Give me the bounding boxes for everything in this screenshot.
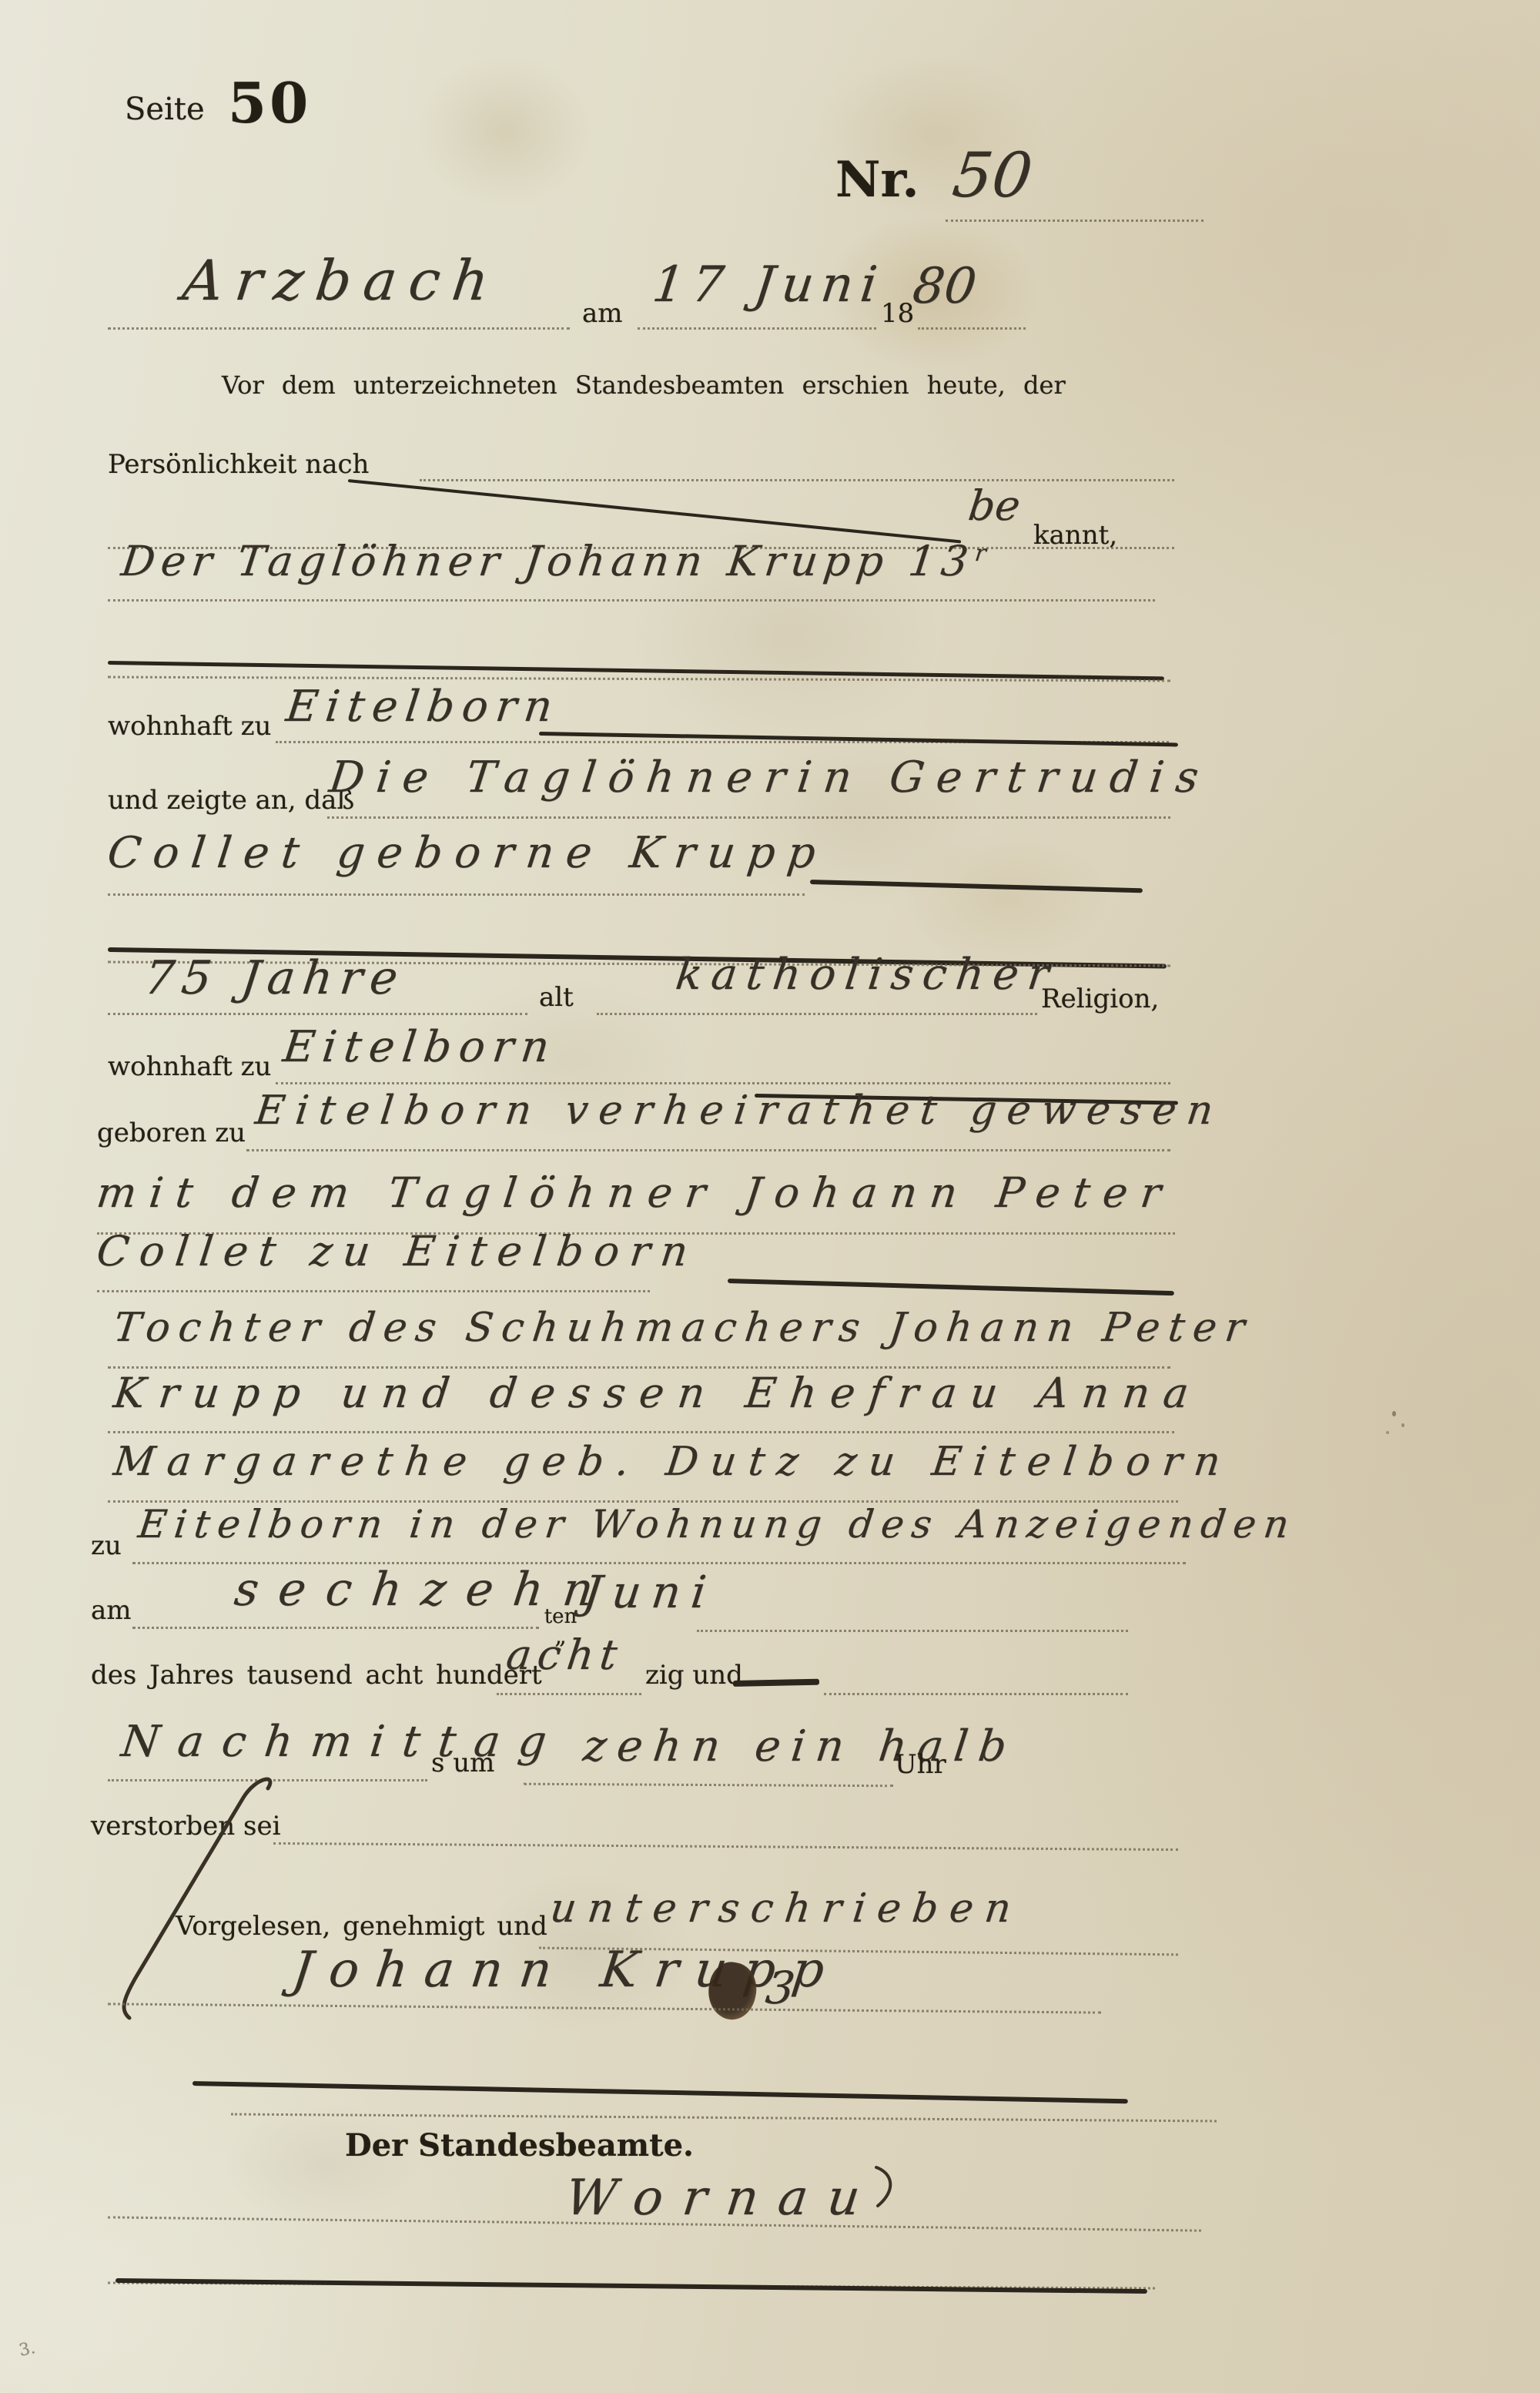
geboren-label: geboren zu (97, 1120, 246, 1146)
time-entry-2: zehn ein halb (581, 1725, 1020, 1768)
religion-label: Religion, (1041, 986, 1159, 1012)
year-words-entry: acht (504, 1634, 626, 1676)
house-number-suffix: r (973, 540, 994, 567)
uhr-label: Uhr (895, 1751, 946, 1778)
am-label: am (582, 300, 623, 327)
spouse-entry-2: Collet zu Eitelborn (95, 1231, 701, 1272)
dotted-line (327, 816, 1170, 819)
dotted-line (597, 1013, 1037, 1015)
residence-entry-2: Eitelborn (281, 1026, 560, 1069)
spouse-entry-1: mit dem Taglöhner Johann Peter (95, 1172, 1177, 1214)
bekannt-label: kannt, (1033, 522, 1117, 548)
dotted-line (108, 893, 805, 896)
wohnhaft-label-1: wohnhaft zu (108, 713, 271, 739)
declarant-entry-text: Der Taglöhner Johann Krupp 13 (119, 537, 977, 585)
dotted-line (824, 1693, 1128, 1695)
speckle (1392, 1411, 1396, 1416)
death-place-entry: Eitelborn in der Wohnung des Anzeigenden (136, 1505, 1299, 1543)
declarant-signature: Johann Krupp (290, 1946, 844, 1995)
am-label-2: am (91, 1597, 132, 1624)
page-number: 50 (228, 75, 311, 131)
official-signature: Wornau (563, 2173, 882, 2223)
year-entry: 80 (910, 262, 979, 311)
deceased-name-entry-1: Die Taglöhnerin Gertrudis (327, 756, 1214, 799)
dotted-line (497, 1693, 641, 1695)
zig-und-label: zig und (645, 1662, 743, 1688)
deceased-name-entry-2: Collet geborne Krupp (105, 832, 830, 875)
record-number: 50 (949, 145, 1036, 206)
place-entry: Arzbach (180, 253, 504, 308)
dotted-line (276, 1082, 1170, 1084)
alt-label: alt (539, 984, 574, 1010)
dotted-line (697, 1630, 1128, 1632)
anzeige-label: und zeigte an, daß (108, 787, 354, 813)
wohnhaft-label-2: wohnhaft zu (108, 1054, 271, 1080)
parents-entry-1: Tochter des Schuhmachers Johann Peter (112, 1308, 1255, 1348)
register-page: Seite 50 Nr. 50 Arzbach am 17 Juni 18 80… (0, 0, 1540, 2393)
zu-label: zu (91, 1533, 122, 1559)
age-entry: 75 Jahre (142, 955, 407, 1001)
strike-line (539, 732, 1178, 746)
dotted-line (420, 479, 1174, 481)
standesbeamte-label: Der Standesbeamte. (345, 2130, 694, 2161)
dotted-line (918, 327, 1026, 330)
stain (901, 832, 1109, 963)
dotted-line (638, 327, 876, 330)
religion-entry: katholischer (674, 954, 1060, 997)
ink-flourish (92, 1771, 293, 2026)
dotted-line (946, 220, 1204, 222)
strike-line (728, 1279, 1174, 1295)
dotted-line (108, 327, 570, 330)
stain (223, 2103, 423, 2226)
dotted-line (108, 1431, 1174, 1433)
declarant-entry: Der Taglöhner Johann Krupp 13r (119, 541, 994, 582)
strike-line (810, 880, 1143, 893)
death-month-entry: Juni (581, 1570, 719, 1614)
dotted-line (231, 2113, 1217, 2123)
dotted-line (246, 1149, 1170, 1151)
persoenlichkeit-label: Persönlichkeit nach (108, 451, 369, 478)
signature-flourish (862, 2163, 916, 2212)
dotted-line (273, 1842, 1178, 1851)
corner-mark: 3. (18, 2340, 37, 2360)
seite-label: Seite (125, 94, 205, 125)
intro-text: Vor dem unterzeichneten Standesbeamten e… (222, 373, 1066, 397)
speckle (1401, 1423, 1404, 1427)
unterschrieben-entry: unterschrieben (548, 1889, 1025, 1929)
bekannt-entry: be (966, 485, 1023, 527)
dotted-line (97, 1290, 650, 1292)
dotted-line (108, 599, 1155, 602)
s-um-label: s um (431, 1750, 494, 1776)
strike-line (192, 2081, 1128, 2103)
dotted-line (524, 1783, 893, 1788)
birthplace-entry: Eitelborn verheirathet gewesen (253, 1091, 1226, 1131)
signature-number: 3 (763, 1966, 797, 2010)
record-number-label: Nr. (835, 156, 919, 205)
residence-entry-1: Eitelborn (284, 685, 563, 729)
stain (416, 54, 593, 208)
time-entry-1: Nachmittag (119, 1721, 567, 1764)
date-entry: 17 Juni (650, 260, 887, 310)
dotted-line (132, 1627, 539, 1629)
strike-line (348, 479, 961, 543)
dash-stroke (733, 1679, 819, 1687)
year-words-label: des Jahres tausend acht hundert (91, 1662, 542, 1688)
dotted-line (108, 1013, 527, 1015)
parents-entry-2: Krupp und dessen Ehefrau Anna (112, 1372, 1205, 1414)
vorgelesen-label: Vorgelesen, genehmigt und (176, 1913, 547, 1939)
parents-entry-3: Margarethe geb. Dutz zu Eitelborn (112, 1442, 1235, 1482)
speckle (1386, 1431, 1389, 1434)
